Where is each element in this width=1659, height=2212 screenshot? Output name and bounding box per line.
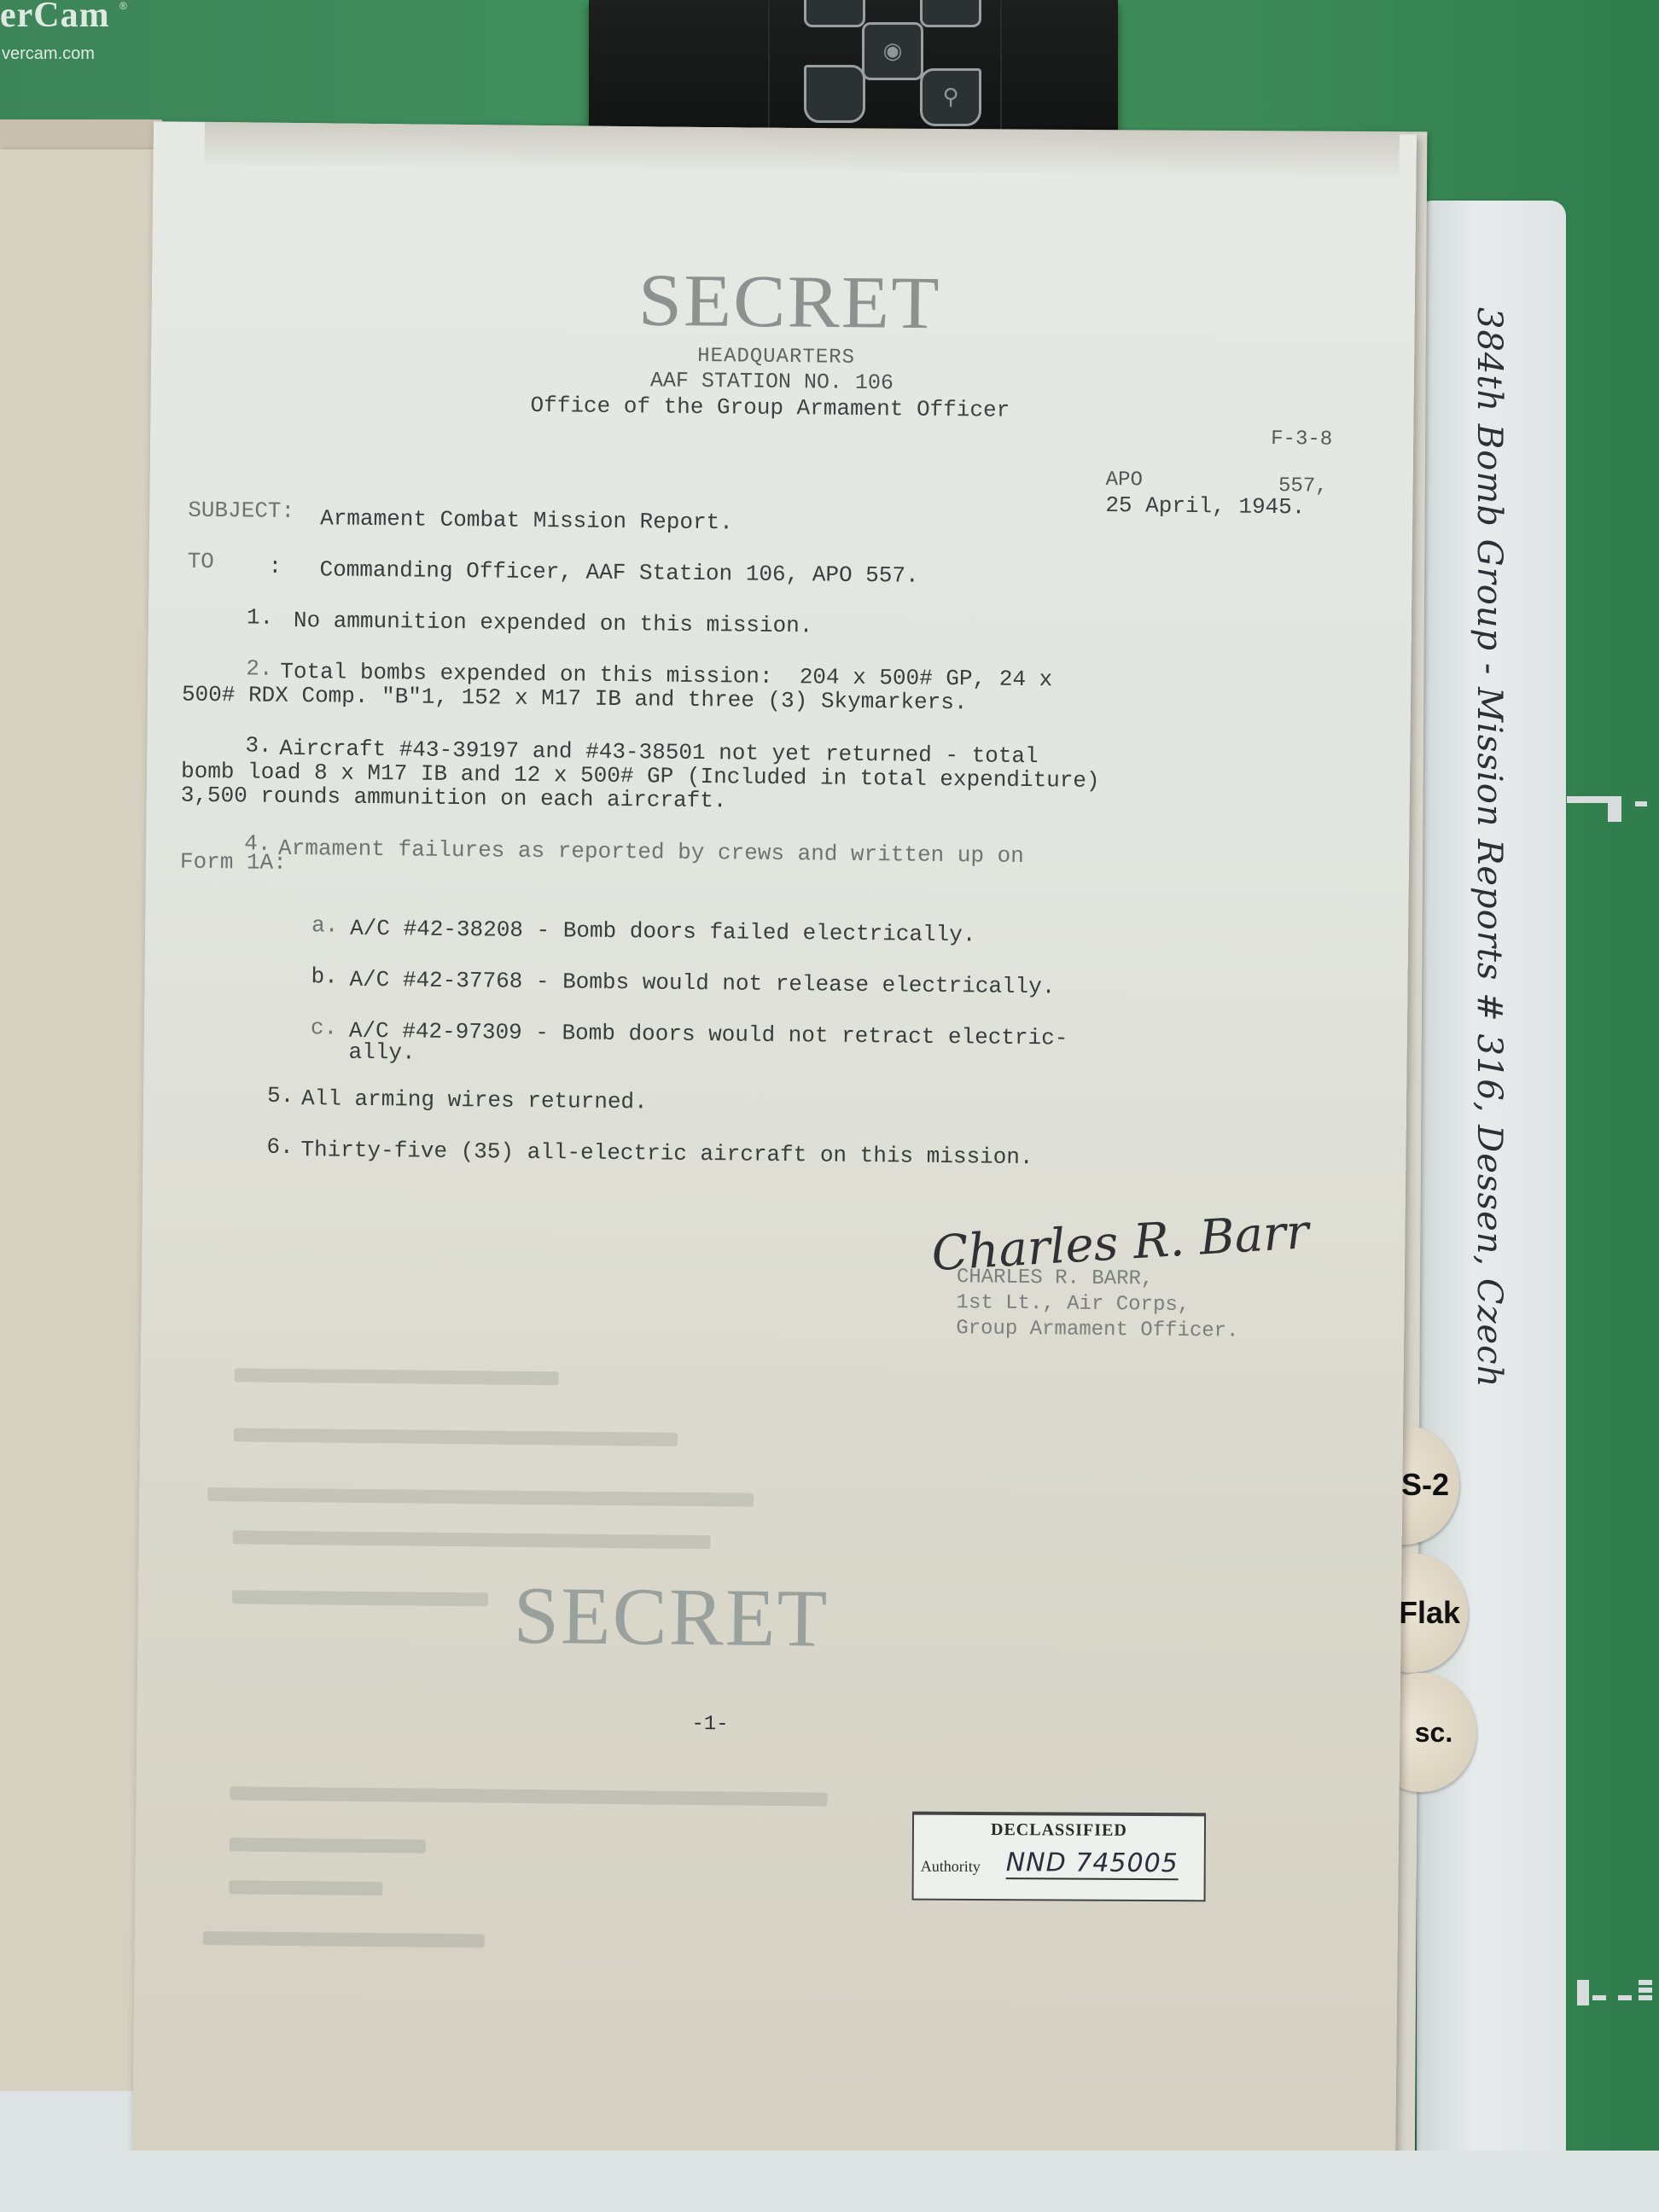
document-page: SECRET HEADQUARTERS AAF STATION NO. 106 … — [132, 121, 1417, 2174]
declassified-title: DECLASSIFIED — [914, 1820, 1204, 1842]
header-station: AAF STATION NO. 106 — [650, 368, 894, 395]
paragraph-4-line-1: Armament failures as reported by crews a… — [278, 835, 1024, 869]
subject-text: Armament Combat Mission Report. — [320, 505, 733, 535]
bleed-through-text — [235, 1368, 559, 1385]
paragraph-6-number: 6. — [266, 1134, 294, 1160]
declassified-stamp: DECLASSIFIED Authority NND 745005 — [912, 1812, 1207, 1902]
to-label: TO — [187, 549, 214, 574]
paragraph-5-number: 5. — [267, 1083, 294, 1109]
failure-a: A/C #42-38208 - Bomb doors failed electr… — [350, 916, 976, 948]
to-separator: : — [268, 554, 282, 579]
apo-label: APO — [1106, 469, 1143, 492]
signer-rank: 1st Lt., Air Corps, — [956, 1291, 1190, 1317]
device-button-top-left[interactable] — [804, 0, 865, 27]
bleed-through-text — [229, 1880, 382, 1895]
bleed-through-text — [232, 1590, 488, 1606]
header-office: Office of the Group Armament Officer — [530, 393, 1010, 423]
bleed-through-text — [230, 1786, 827, 1806]
paragraph-1-number: 1. — [247, 604, 274, 630]
document-date: 25 April, 1945. — [1105, 492, 1305, 520]
search-zoom-icon[interactable]: ⚲ — [920, 68, 981, 126]
bleed-through-text — [233, 1530, 711, 1549]
camera-icon[interactable]: ◉ — [862, 22, 923, 80]
bleed-through-text — [230, 1837, 426, 1853]
classification-stamp-bottom: SECRET — [513, 1568, 829, 1666]
bleed-through-text — [207, 1487, 754, 1507]
bottom-surface — [0, 2151, 1659, 2212]
failure-b: A/C #42-37768 - Bombs would not release … — [349, 967, 1055, 1000]
page-number: -1- — [691, 1713, 728, 1736]
paragraph-5: All arming wires returned. — [301, 1086, 648, 1115]
bleed-through-text — [203, 1931, 485, 1947]
failure-b-letter: b. — [311, 963, 338, 989]
paragraph-4-line-2: Form 1A: — [180, 849, 287, 876]
paragraph-3-line-3: 3,500 rounds ammunition on each aircraft… — [181, 783, 727, 814]
failure-a-letter: a. — [311, 912, 339, 938]
folder-handwritten-label: 384th Bomb Group - Mission Reports # 316… — [1470, 307, 1509, 1388]
signer-title: Group Armament Officer. — [956, 1317, 1239, 1342]
signature-block: CHARLES R. BARR, 1st Lt., Air Corps, Gro… — [956, 1265, 1239, 1344]
signer-name: CHARLES R. BARR, — [957, 1266, 1154, 1290]
subject-label: SUBJECT: — [188, 498, 294, 524]
authority-label: Authority — [921, 1858, 981, 1876]
paragraph-3-number: 3. — [245, 732, 272, 758]
paragraph-1: No ammunition expended on this mission. — [294, 608, 813, 638]
failure-c-continued: ally. — [348, 1039, 415, 1066]
watermark-registered-mark: ® — [119, 0, 127, 12]
classification-stamp-top: SECRET — [637, 257, 941, 346]
device-button-bottom-left[interactable] — [804, 65, 865, 123]
header-headquarters: HEADQUARTERS — [697, 345, 855, 370]
authority-value: NND 745005 — [1006, 1848, 1179, 1880]
watermark-url: vercam.com — [2, 44, 95, 64]
failure-c: A/C #42-97309 - Bomb doors would not ret… — [349, 1018, 1068, 1051]
paragraph-6: Thirty-five (35) all-electric aircraft o… — [300, 1137, 1033, 1170]
device-button-top-right[interactable] — [920, 0, 981, 27]
to-recipient: Commanding Officer, AAF Station 106, APO… — [319, 556, 918, 588]
failure-c-letter: c. — [311, 1015, 338, 1040]
paragraph-2-number: 2. — [246, 655, 273, 681]
file-reference: F-3-8 — [1271, 428, 1332, 451]
watermark-brand: erCam — [0, 0, 110, 36]
bleed-through-text — [234, 1428, 678, 1446]
